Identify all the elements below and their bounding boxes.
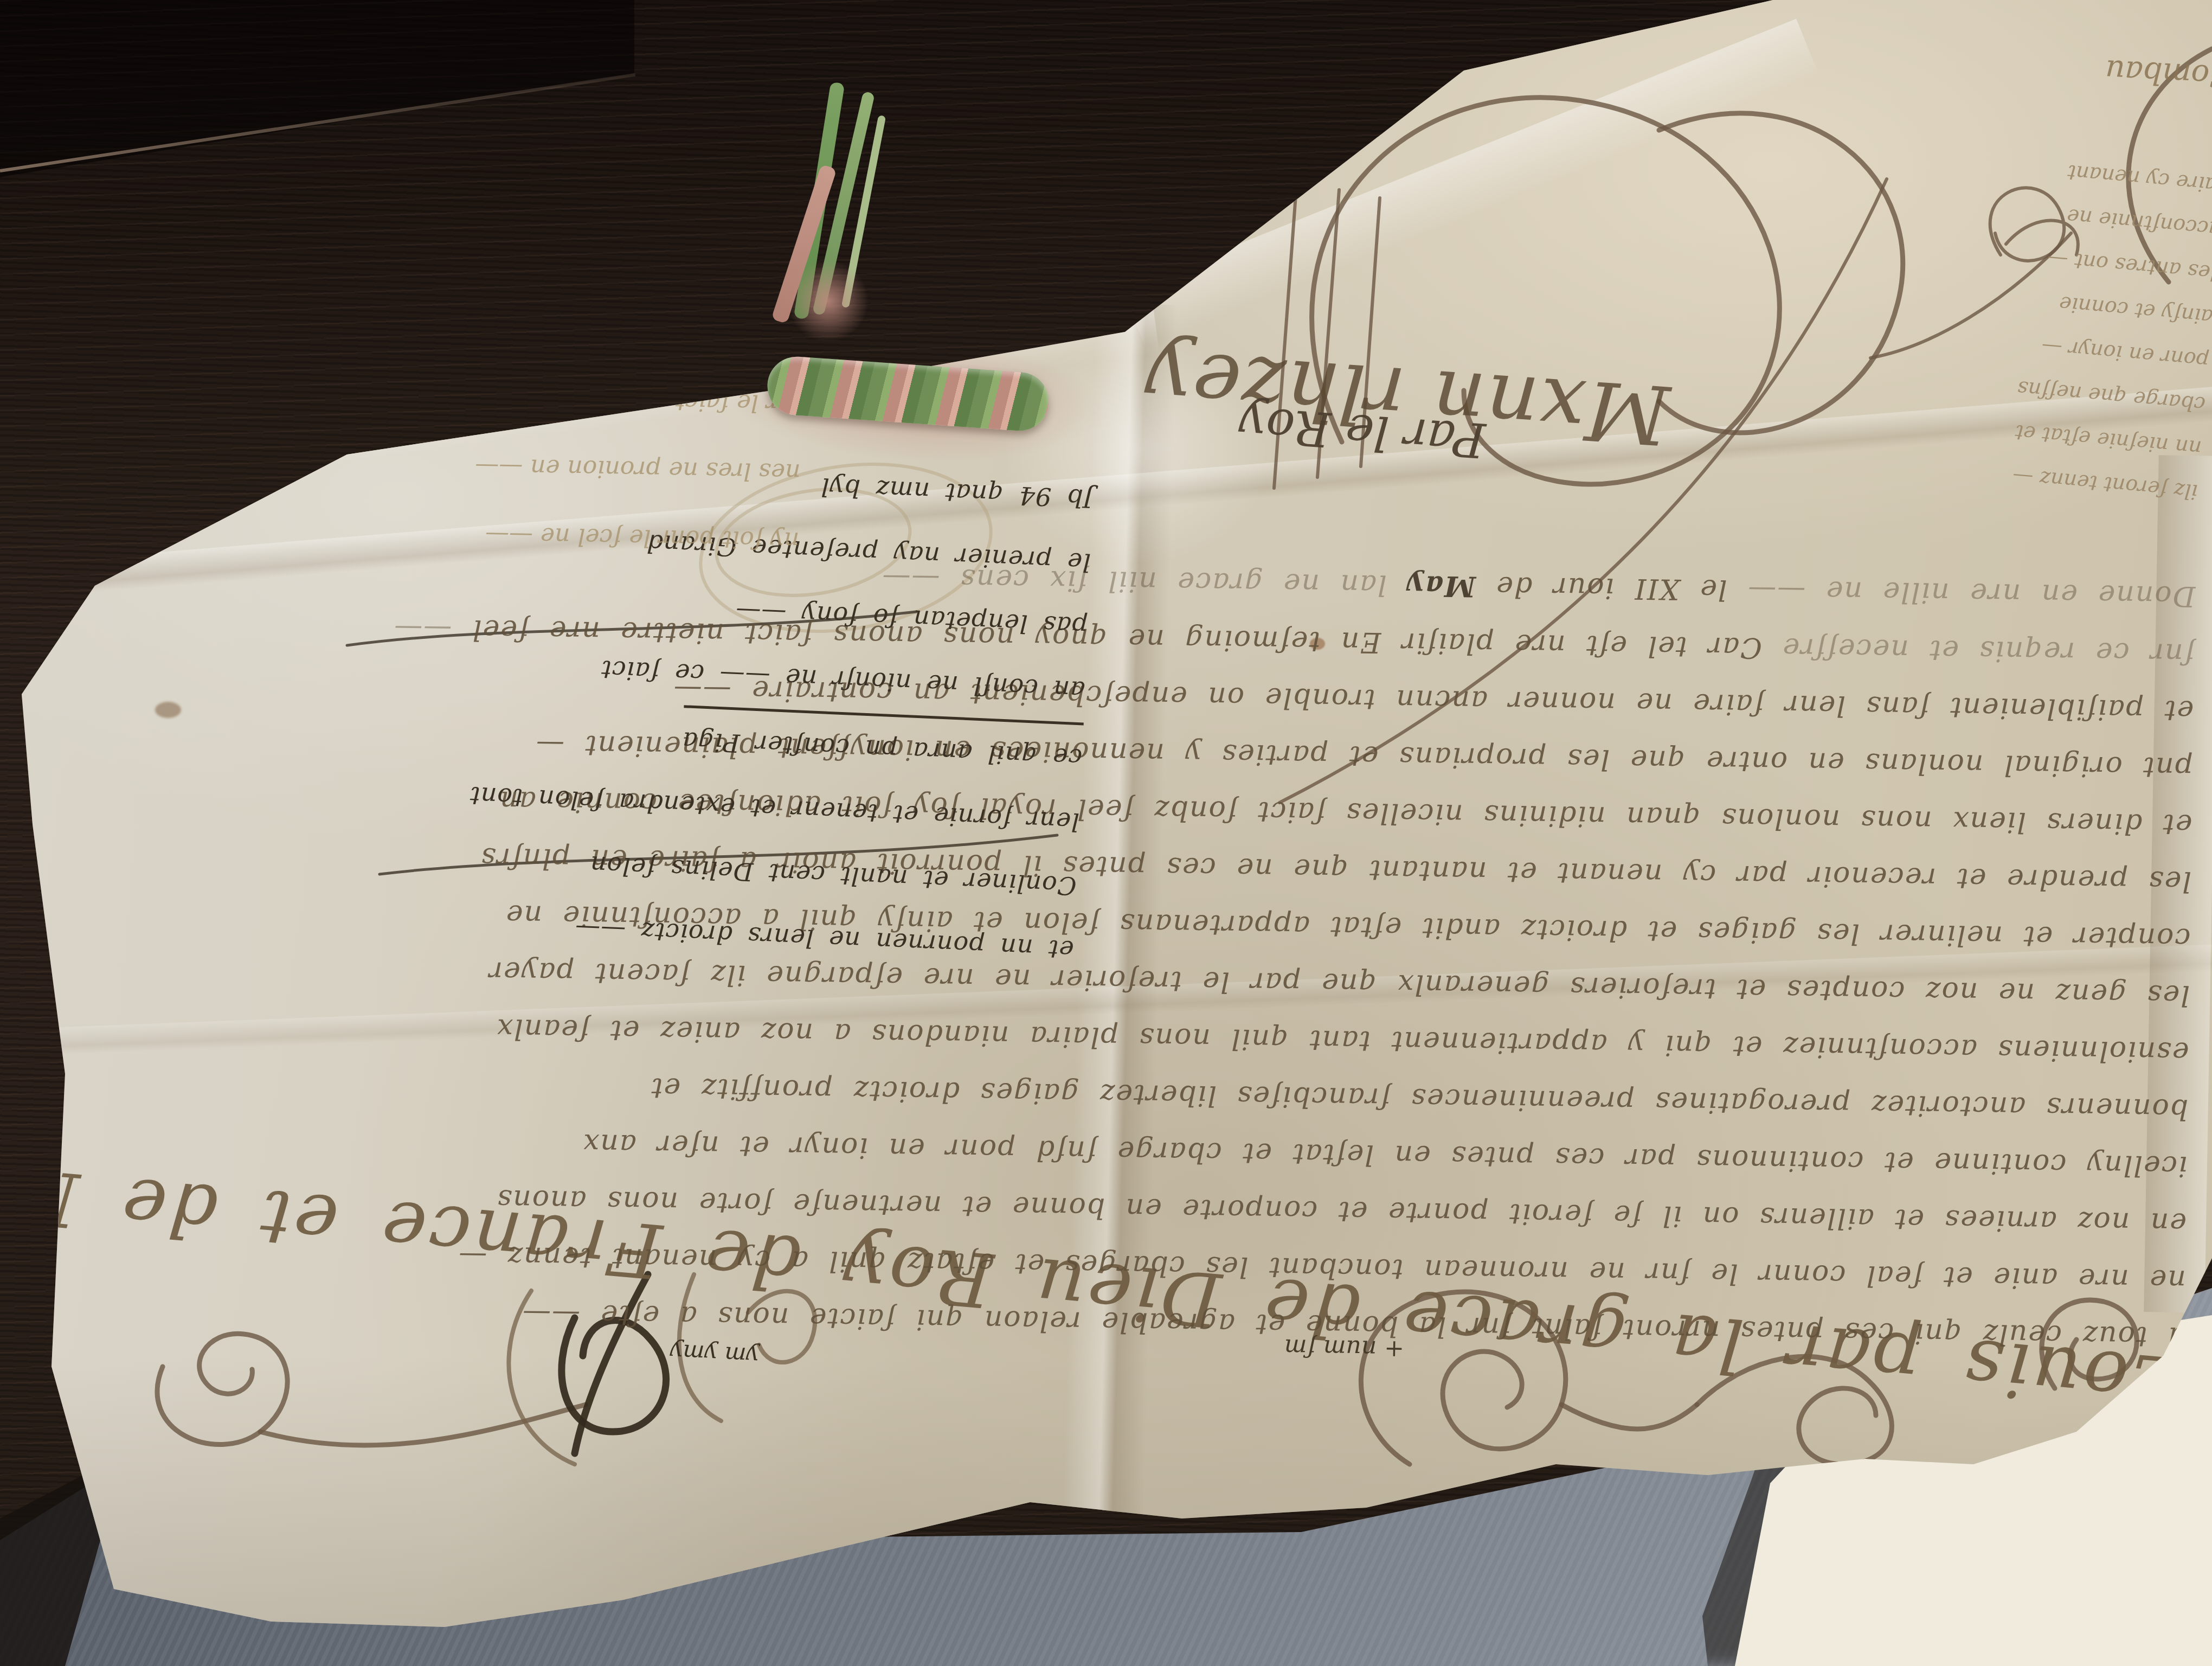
date-lead: Donne en nre nille ne —— <box>1727 573 2195 612</box>
faded-line: ny ſoit ponr le ſcel ne —— <box>224 496 800 574</box>
notary-cross-mark: + num ſm <box>1242 1332 1405 1363</box>
scene: Louis par la grace de Dieu Roy de France… <box>0 0 2212 1666</box>
photo-of-parchment: { "scene": { "description": "Photograph … <box>0 0 2212 1666</box>
spiral-link <box>1561 1405 1697 1429</box>
spiral-left <box>157 1334 287 1444</box>
date-visible: le XII iour de <box>1475 570 1727 606</box>
closing-lead: ſnr ce reqnis et neceſſre <box>1762 631 2195 670</box>
date-month: May <box>1406 569 1476 603</box>
ribbon-knot <box>787 260 869 342</box>
right-edge-faded-note: ilz ſeront tennz — nn nieſnie eſtat et c… <box>1839 126 2212 514</box>
